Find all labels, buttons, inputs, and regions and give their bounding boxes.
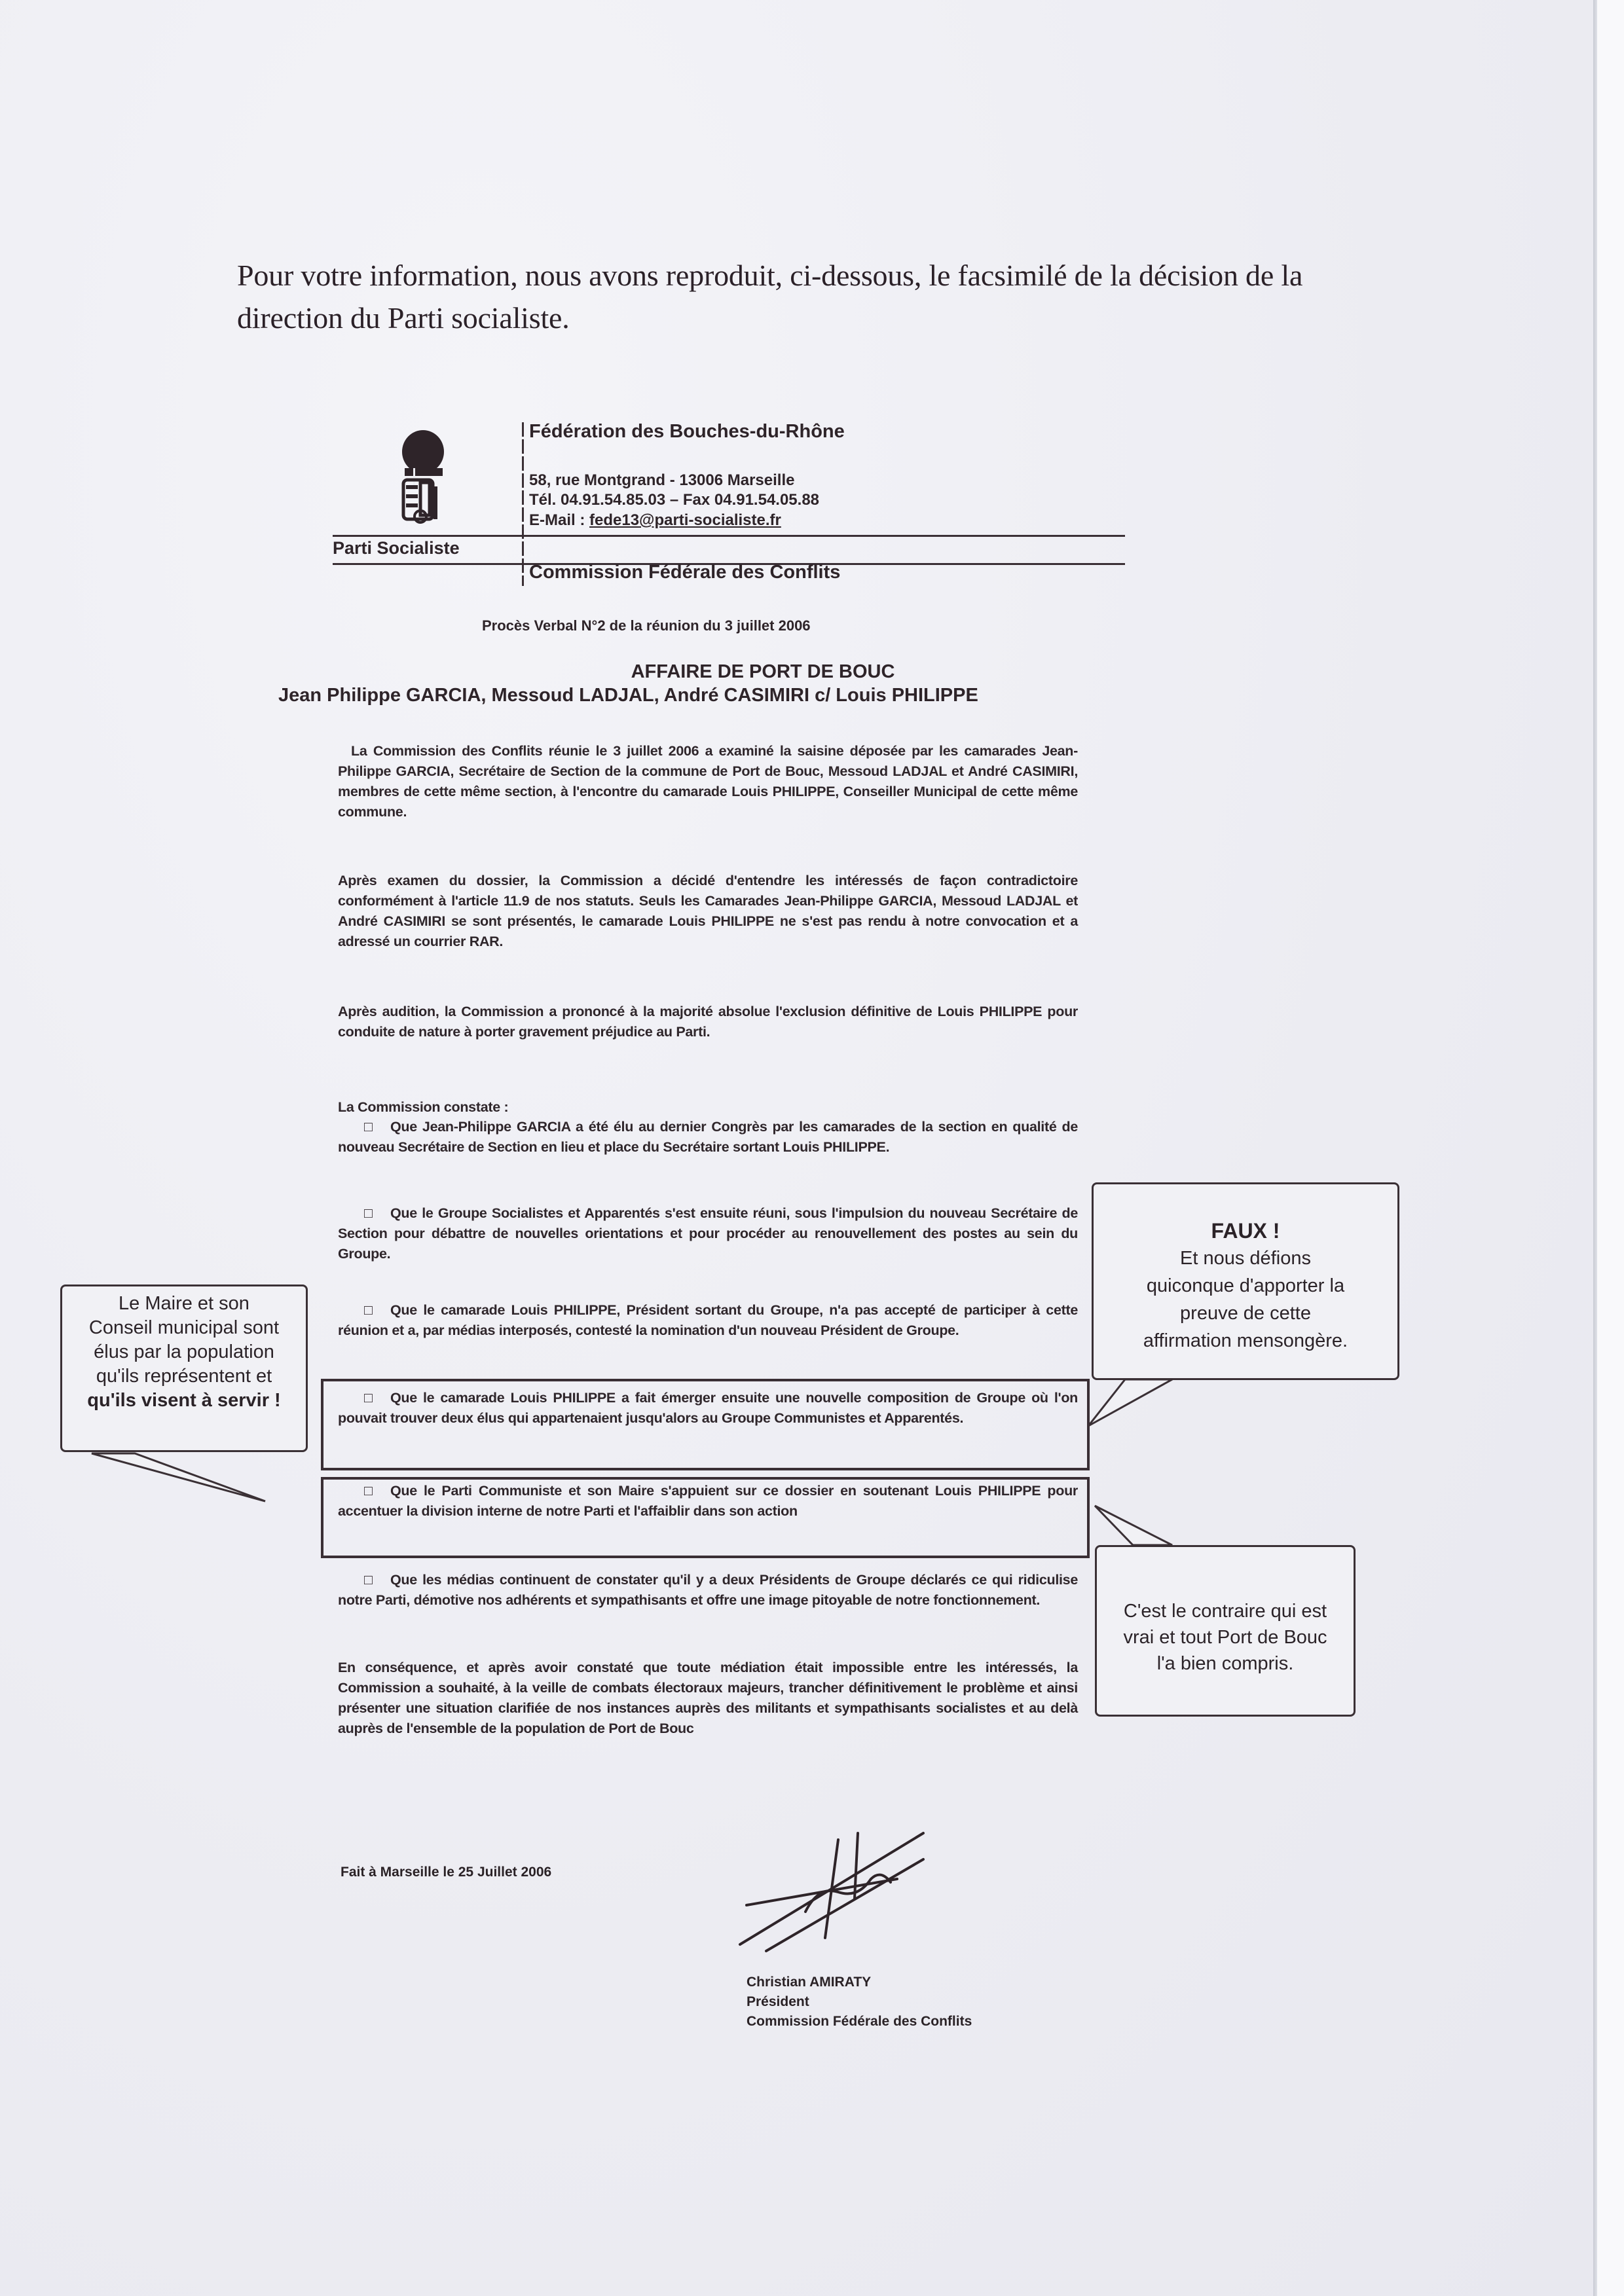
rose-fist-icon bbox=[390, 429, 456, 527]
finding-item: □Que le Groupe Socialistes et Apparentés… bbox=[338, 1203, 1078, 1264]
finding-item: □Que le Parti Communiste et son Maire s'… bbox=[338, 1481, 1078, 1522]
federation-phone-fax: Tél. 04.91.54.85.03 – Fax 04.91.54.05.88 bbox=[529, 491, 819, 509]
letterhead-divider bbox=[522, 422, 524, 586]
done-at-line: Fait à Marseille le 25 Juillet 2006 bbox=[341, 1865, 551, 1880]
callout-contrary: C'est le contraire qui est vrai et tout … bbox=[1095, 1545, 1356, 1717]
checkbox-icon: □ bbox=[364, 1388, 390, 1408]
findings-intro: La Commission constate : bbox=[338, 1097, 1078, 1118]
finding-text: Que le Groupe Socialistes et Apparentés … bbox=[338, 1205, 1078, 1262]
finding-text: Que le camarade Louis PHILIPPE, Présiden… bbox=[338, 1302, 1078, 1338]
party-label: Parti Socialiste bbox=[333, 538, 460, 558]
scan-margin bbox=[1597, 0, 1624, 2296]
checkbox-icon: □ bbox=[364, 1570, 390, 1590]
checkbox-icon: □ bbox=[364, 1481, 390, 1501]
callout-emphasis: qu'ils visent à servir ! bbox=[62, 1389, 306, 1413]
callout-line: C'est le contraire qui est bbox=[1097, 1598, 1354, 1624]
commission-name: Commission Fédérale des Conflits bbox=[529, 562, 840, 583]
callout-line: vrai et tout Port de Bouc bbox=[1097, 1624, 1354, 1650]
callout-line: Et nous défions bbox=[1094, 1245, 1397, 1272]
signer-name: Christian AMIRATY bbox=[747, 1975, 871, 1990]
callout-title: FAUX ! bbox=[1094, 1217, 1397, 1245]
finding-item: □Que le camarade Louis PHILIPPE a fait é… bbox=[338, 1388, 1078, 1429]
finding-text: Que le camarade Louis PHILIPPE a fait ém… bbox=[338, 1390, 1078, 1426]
callout-mayor-served: Le Maire et son Conseil municipal sont é… bbox=[60, 1285, 308, 1452]
checkbox-icon: □ bbox=[364, 1203, 390, 1224]
callout-line: preuve de cette bbox=[1094, 1300, 1397, 1327]
finding-item: □Que les médias continuent de constater … bbox=[338, 1570, 1078, 1611]
signer-body: Commission Fédérale des Conflits bbox=[747, 2014, 972, 2030]
callout-line: élus par la population bbox=[62, 1340, 306, 1364]
email-label: E-Mail : bbox=[529, 511, 589, 529]
paragraph-saisine: La Commission des Conflits réunie le 3 j… bbox=[338, 741, 1078, 822]
minutes-header: Procès Verbal N°2 de la réunion du 3 jui… bbox=[482, 617, 811, 634]
affair-heading: AFFAIRE DE PORT DE BOUC bbox=[0, 661, 1624, 683]
finding-item: □Que Jean-Philippe GARCIA a été élu au d… bbox=[338, 1117, 1078, 1157]
callout-line: qu'ils représentent et bbox=[62, 1364, 306, 1389]
federation-name: Fédération des Bouches-du-Rhône bbox=[529, 421, 845, 443]
callout-line: Conseil municipal sont bbox=[62, 1316, 306, 1340]
signer-title: Président bbox=[747, 1994, 809, 2010]
email-link[interactable]: fede13@parti-socialiste.fr bbox=[589, 511, 781, 529]
finding-item: □Que le camarade Louis PHILIPPE, Préside… bbox=[338, 1300, 1078, 1341]
federation-email-line: E-Mail : fede13@parti-socialiste.fr bbox=[529, 511, 781, 530]
finding-text: Que le Parti Communiste et son Maire s'a… bbox=[338, 1483, 1078, 1519]
paragraph-audition: Après audition, la Commission a prononcé… bbox=[338, 1002, 1078, 1042]
checkbox-icon: □ bbox=[364, 1300, 390, 1321]
finding-text: Que Jean-Philippe GARCIA a été élu au de… bbox=[338, 1119, 1078, 1155]
intro-paragraph: Pour votre information, nous avons repro… bbox=[237, 254, 1396, 339]
paragraph-conclusion: En conséquence, et après avoir constaté … bbox=[338, 1658, 1078, 1739]
signature-icon bbox=[727, 1807, 950, 1958]
checkbox-icon: □ bbox=[364, 1117, 390, 1137]
callout-faux: FAUX ! Et nous défions quiconque d'appor… bbox=[1092, 1182, 1399, 1380]
paragraph-examen: Après examen du dossier, la Commission a… bbox=[338, 871, 1078, 952]
callout-line: l'a bien compris. bbox=[1097, 1650, 1354, 1677]
callout-line: Le Maire et son bbox=[62, 1292, 306, 1316]
finding-text: Que les médias continuent de constater q… bbox=[338, 1572, 1078, 1608]
affair-title: AFFAIRE DE PORT DE BOUC bbox=[631, 661, 895, 683]
letterhead-rule-top bbox=[333, 535, 1125, 537]
callout-line: quiconque d'apporter la bbox=[1094, 1272, 1397, 1300]
affair-parties: Jean Philippe GARCIA, Messoud LADJAL, An… bbox=[278, 685, 978, 706]
federation-address: 58, rue Montgrand - 13006 Marseille bbox=[529, 471, 794, 490]
callout-line: affirmation mensongère. bbox=[1094, 1327, 1397, 1355]
